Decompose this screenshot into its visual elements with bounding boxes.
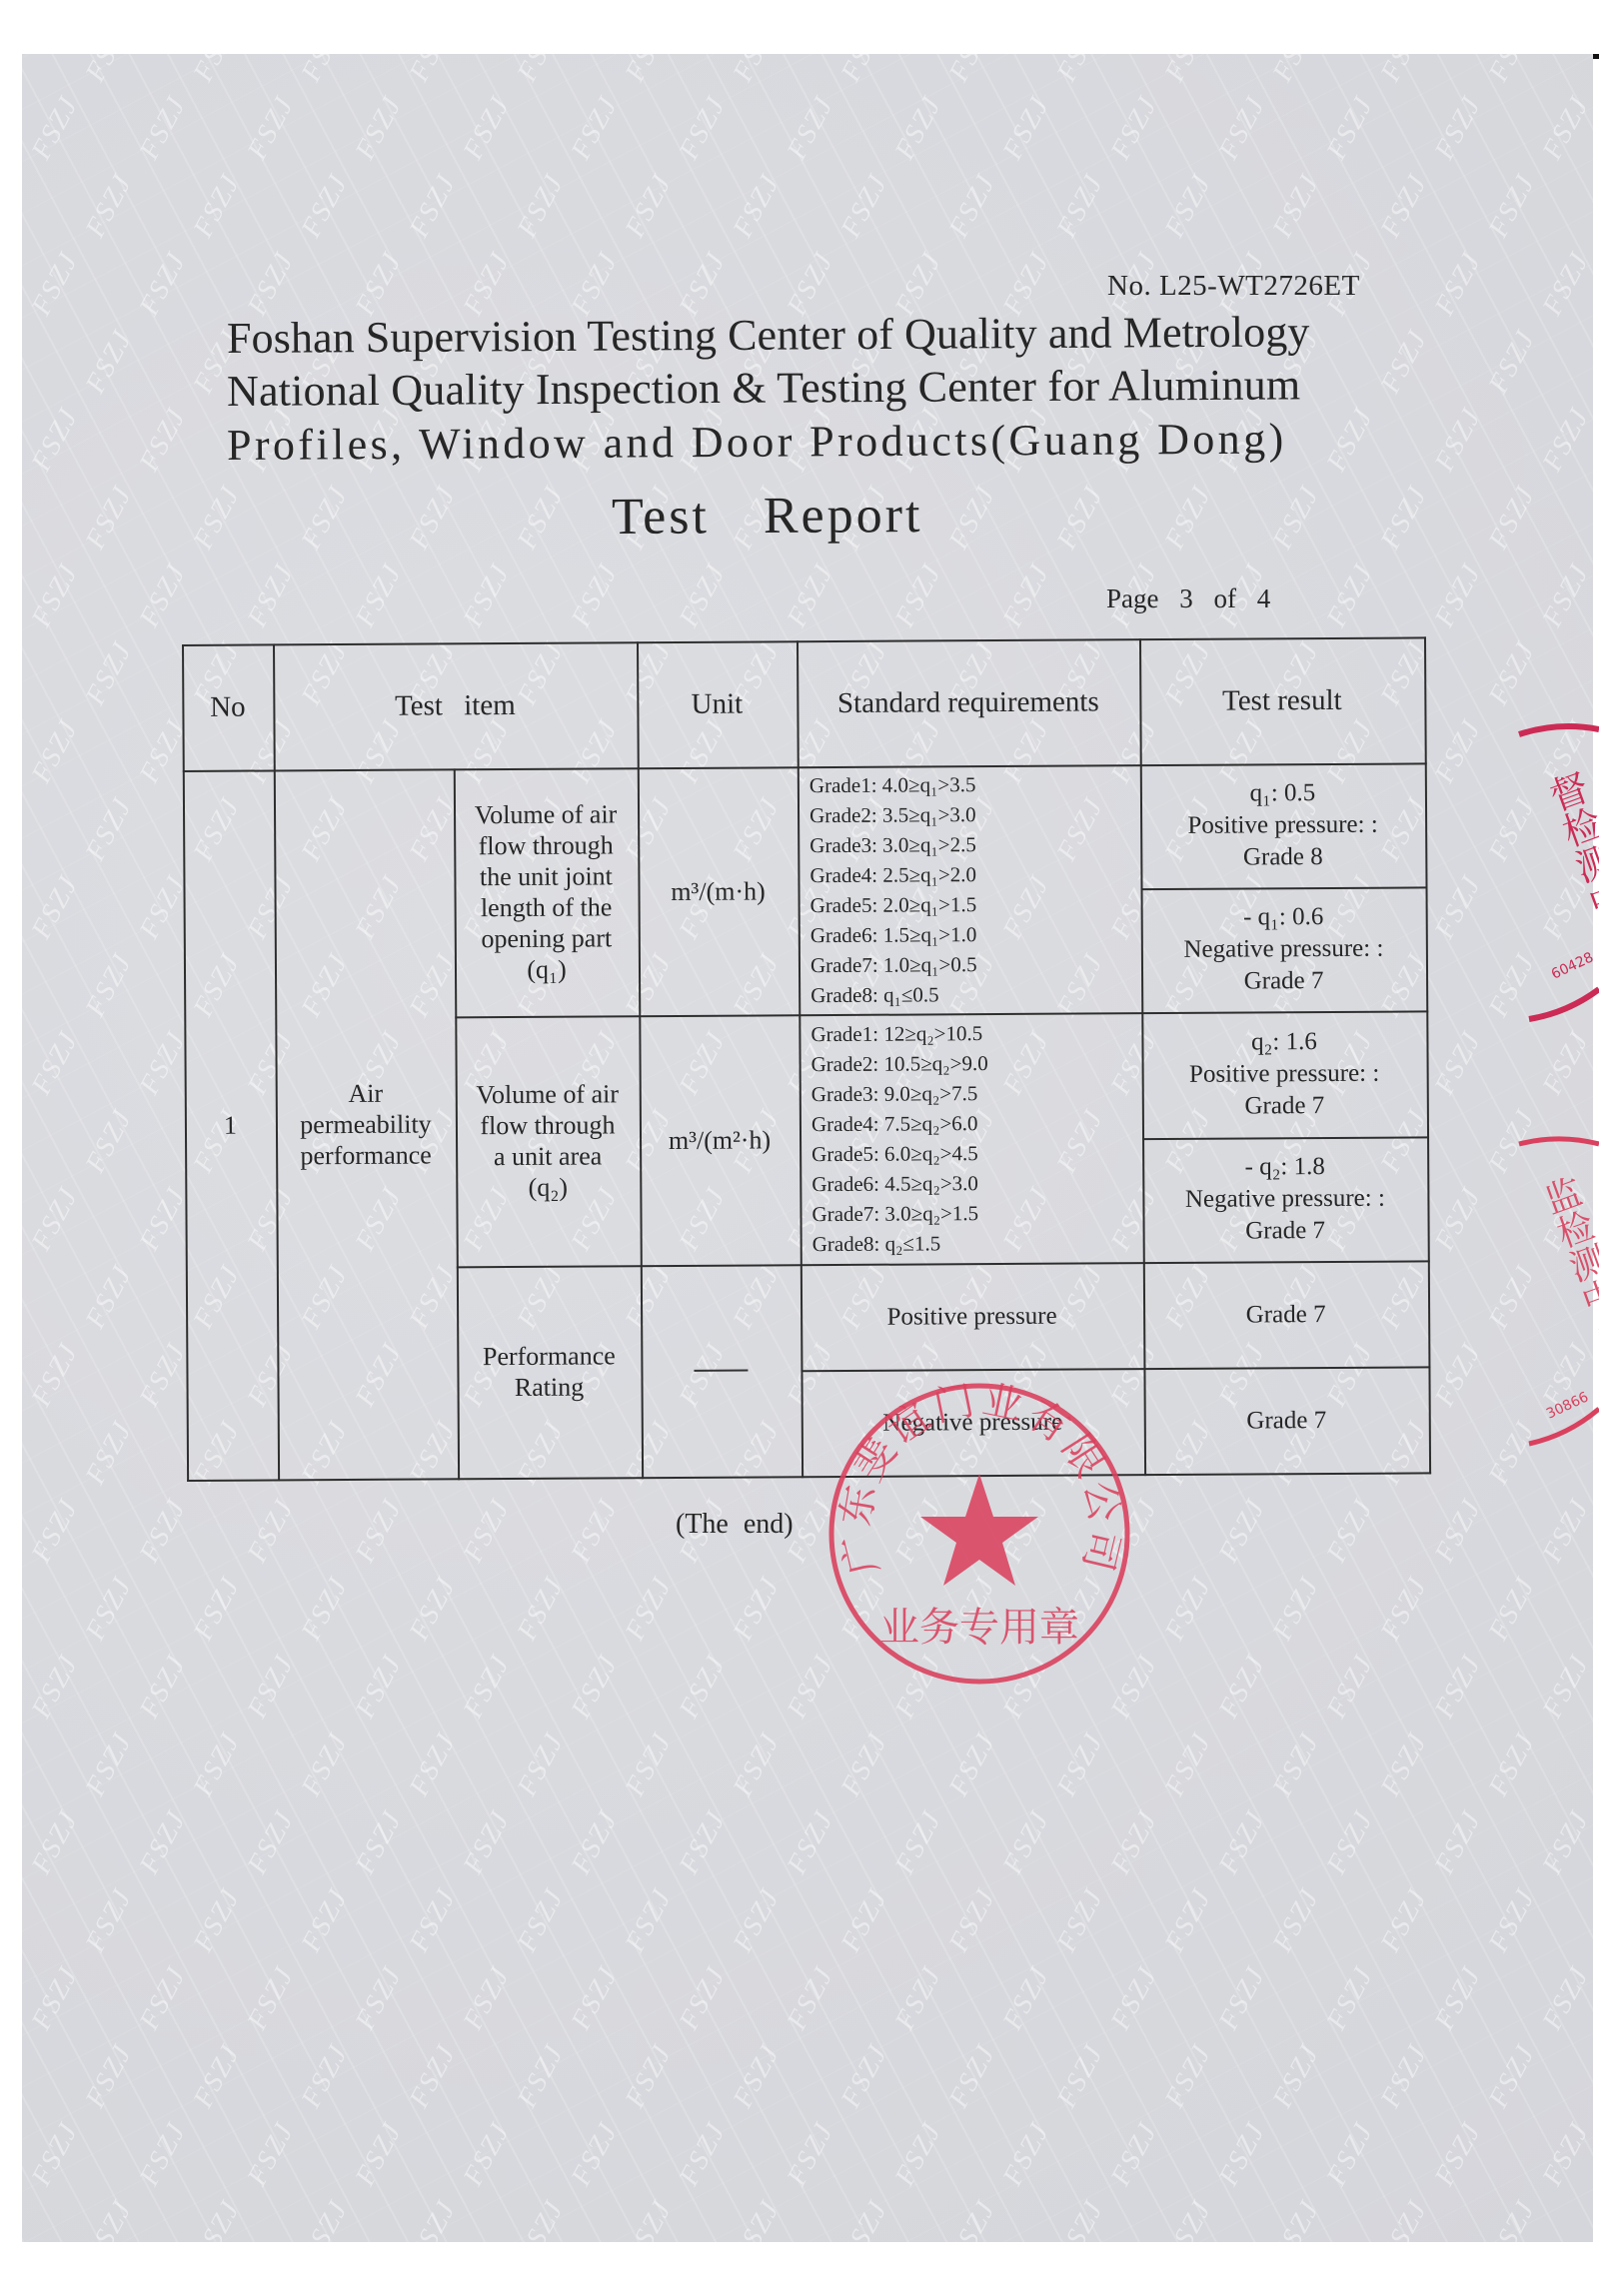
symbol-q1: (q₁) xyxy=(527,954,567,985)
watermark-text: FSZJ xyxy=(1159,481,1219,555)
watermark-text: FSZJ xyxy=(80,1416,140,1490)
watermark-text: FSZJ xyxy=(782,1650,841,1723)
watermark-text: FSZJ xyxy=(26,1338,86,1412)
watermark-text: FSZJ xyxy=(1375,169,1435,243)
watermark-text: FSZJ xyxy=(943,2039,1003,2113)
watermark-text: FSZJ xyxy=(835,1883,895,1957)
watermark-text: FSZJ xyxy=(1591,1572,1593,1646)
watermark-text: FSZJ xyxy=(1591,325,1593,399)
watermark-text: FSZJ xyxy=(1051,481,1111,555)
header-unit: Unit xyxy=(637,640,798,767)
watermark-text: FSZJ xyxy=(1375,1883,1435,1957)
watermark-text: FSZJ xyxy=(1483,1104,1543,1178)
sub-item-q2: Volume of air flow through a unit area (… xyxy=(455,1015,641,1266)
watermark-text: FSZJ xyxy=(728,1727,788,1801)
watermark-text: FSZJ xyxy=(620,2039,680,2113)
watermark-text: FSZJ xyxy=(1429,1182,1489,1256)
watermark-text: FSZJ xyxy=(1591,1104,1593,1178)
watermark-text: FSZJ xyxy=(350,2117,410,2191)
watermark-text: FSZJ xyxy=(296,1727,356,1801)
watermark-text: FSZJ xyxy=(620,169,680,243)
watermark-text: FSZJ xyxy=(566,1961,626,2035)
watermark-text: FSZJ xyxy=(1429,1805,1489,1879)
grade-requirements-q1: Grade1: 4.0≥q₁>3.5Grade2: 3.5≥q₁>3.0Grad… xyxy=(798,764,1142,1014)
watermark-text: FSZJ xyxy=(943,169,1003,243)
watermark-text: FSZJ xyxy=(943,1572,1003,1646)
watermark-text: FSZJ xyxy=(26,91,86,165)
grade-requirements-q2: Grade1: 12≥q₂>10.5Grade2: 10.5≥q₂>9.0Gra… xyxy=(799,1012,1143,1264)
watermark-text: FSZJ xyxy=(728,54,788,87)
watermark-text: FSZJ xyxy=(943,1727,1003,1801)
watermark-text: FSZJ xyxy=(1537,1182,1593,1256)
watermark-text: FSZJ xyxy=(997,1494,1057,1568)
watermark-text: FSZJ xyxy=(242,1650,302,1723)
watermark-text: FSZJ xyxy=(1213,1650,1273,1723)
watermark-text: FSZJ xyxy=(134,1961,194,2035)
watermark-text: FSZJ xyxy=(1159,1727,1219,1801)
watermark-text: FSZJ xyxy=(1105,1494,1165,1568)
watermark-text: FSZJ xyxy=(80,2195,140,2242)
watermark-text: FSZJ xyxy=(80,169,140,243)
watermark-text: FSZJ xyxy=(1321,559,1381,632)
grade-value: Grade 8 xyxy=(1243,841,1323,873)
watermark-text: FSZJ xyxy=(80,1572,140,1646)
grade-requirement-line: Grade7: 1.0≥q₁>0.5 xyxy=(811,949,977,980)
watermark-text: FSZJ xyxy=(1267,1572,1327,1646)
watermark-text: FSZJ xyxy=(134,559,194,632)
watermark-text: FSZJ xyxy=(835,1572,895,1646)
watermark-text: FSZJ xyxy=(943,1883,1003,1957)
watermark-text: FSZJ xyxy=(1537,714,1593,788)
watermark-text: FSZJ xyxy=(889,559,949,632)
dash-placeholder xyxy=(694,1370,748,1372)
watermark-text: FSZJ xyxy=(1591,481,1593,555)
watermark-text: FSZJ xyxy=(1591,169,1593,243)
grade-requirement-line: Grade4: 7.5≥q₂>6.0 xyxy=(812,1108,978,1139)
watermark-text: FSZJ xyxy=(512,2039,572,2113)
watermark-text: FSZJ xyxy=(80,792,140,866)
watermark-text: FSZJ xyxy=(889,1650,949,1723)
watermark-text: FSZJ xyxy=(1429,559,1489,632)
watermark-text: FSZJ xyxy=(1591,2039,1593,2113)
report-title: Test Report xyxy=(612,486,923,547)
watermark-text: FSZJ xyxy=(1213,1494,1273,1568)
watermark-text: FSZJ xyxy=(512,1883,572,1957)
watermark-text: FSZJ xyxy=(80,636,140,710)
watermark-text: FSZJ xyxy=(782,2117,841,2191)
watermark-text: FSZJ xyxy=(512,2195,572,2242)
watermark-text: FSZJ xyxy=(1105,1805,1165,1879)
watermark-text: FSZJ xyxy=(26,1182,86,1256)
watermark-text: FSZJ xyxy=(728,1883,788,1957)
watermark-text: FSZJ xyxy=(1429,1026,1489,1100)
watermark-text: FSZJ xyxy=(188,2039,248,2113)
watermark-text: FSZJ xyxy=(404,1727,464,1801)
watermark-text: FSZJ xyxy=(26,870,86,944)
header-line-1: Foshan Supervision Testing Center of Qua… xyxy=(227,306,1376,364)
watermark-text: FSZJ xyxy=(296,481,356,555)
watermark-text: FSZJ xyxy=(1483,1727,1543,1801)
watermark-text: FSZJ xyxy=(458,247,518,321)
watermark-text: FSZJ xyxy=(889,1805,949,1879)
watermark-text: FSZJ xyxy=(1591,948,1593,1022)
watermark-text: FSZJ xyxy=(26,1494,86,1568)
watermark-text: FSZJ xyxy=(674,559,734,632)
watermark-text: FSZJ xyxy=(1537,247,1593,321)
watermark-text: FSZJ xyxy=(620,1883,680,1957)
watermark-text: FSZJ xyxy=(1051,1727,1111,1801)
watermark-text: FSZJ xyxy=(1159,2039,1219,2113)
watermark-text: FSZJ xyxy=(350,1805,410,1879)
watermark-text: FSZJ xyxy=(997,1961,1057,2035)
watermark-text: FSZJ xyxy=(458,559,518,632)
watermark-text: FSZJ xyxy=(1537,559,1593,632)
watermark-text: FSZJ xyxy=(1375,325,1435,399)
watermark-text: FSZJ xyxy=(1159,2195,1219,2242)
watermark-text: FSZJ xyxy=(1429,403,1489,477)
rating-grade-positive: Grade 7 xyxy=(1143,1260,1429,1368)
sub-item-performance-rating: Performance Rating xyxy=(457,1265,642,1478)
watermark-text: FSZJ xyxy=(1591,1260,1593,1334)
watermark-text: FSZJ xyxy=(1213,1961,1273,2035)
watermark-text: FSZJ xyxy=(296,169,356,243)
watermark-text: FSZJ xyxy=(1591,2195,1593,2242)
watermark-text: FSZJ xyxy=(242,1494,302,1568)
watermark-text: FSZJ xyxy=(1375,2039,1435,2113)
grade-requirement-line: Grade6: 1.5≥q₁>1.0 xyxy=(811,919,977,950)
watermark-text: FSZJ xyxy=(1429,714,1489,788)
watermark-text: FSZJ xyxy=(134,91,194,165)
watermark-text: FSZJ xyxy=(1267,2039,1327,2113)
watermark-text: FSZJ xyxy=(674,91,734,165)
grade-requirement-line: Grade3: 3.0≥q₁>2.5 xyxy=(810,829,976,860)
watermark-text: FSZJ xyxy=(458,1805,518,1879)
watermark-text: FSZJ xyxy=(835,2039,895,2113)
watermark-text: FSZJ xyxy=(1429,1961,1489,2035)
grade-requirement-line: Grade5: 6.0≥q₂>4.5 xyxy=(812,1138,978,1169)
watermark-text: FSZJ xyxy=(1483,948,1543,1022)
watermark-text: FSZJ xyxy=(1321,91,1381,165)
watermark-text: FSZJ xyxy=(404,54,464,87)
watermark-text: FSZJ xyxy=(1321,1650,1381,1723)
grade-requirement-line: Grade5: 2.0≥q₁>1.5 xyxy=(811,889,977,920)
result-q1-positive: q₁: 0.5 Positive pressure: : Grade 8 xyxy=(1140,762,1426,888)
rating-grade-negative: Grade 7 xyxy=(1143,1366,1429,1474)
watermark-text: FSZJ xyxy=(134,1805,194,1879)
watermark-text: FSZJ xyxy=(1267,1727,1327,1801)
watermark-text: FSZJ xyxy=(26,1961,86,2035)
watermark-text: FSZJ xyxy=(620,1727,680,1801)
watermark-text: FSZJ xyxy=(1321,1494,1381,1568)
watermark-text: FSZJ xyxy=(674,1961,734,2035)
watermark-text: FSZJ xyxy=(1267,169,1327,243)
watermark-text: FSZJ xyxy=(1483,636,1543,710)
watermark-text: FSZJ xyxy=(134,1338,194,1412)
watermark-text: FSZJ xyxy=(26,247,86,321)
watermark-text: FSZJ xyxy=(728,1572,788,1646)
watermark-text: FSZJ xyxy=(674,1650,734,1723)
watermark-text: FSZJ xyxy=(188,54,248,87)
watermark-text: FSZJ xyxy=(1429,91,1489,165)
rating-condition-negative: Negative pressure xyxy=(801,1368,1144,1476)
watermark-text: FSZJ xyxy=(1591,636,1593,710)
watermark-text: FSZJ xyxy=(566,1494,626,1568)
header-no: No xyxy=(182,643,274,770)
watermark-text: FSZJ xyxy=(1537,870,1593,944)
watermark-text: FSZJ xyxy=(1591,792,1593,866)
watermark-text: FSZJ xyxy=(134,2117,194,2191)
watermark-text: FSZJ xyxy=(512,54,572,87)
report-number: No. L25-WT2726ET xyxy=(1107,270,1360,303)
watermark-text: FSZJ xyxy=(1537,1650,1593,1723)
watermark-text: FSZJ xyxy=(1429,1494,1489,1568)
watermark-text: FSZJ xyxy=(1537,1338,1593,1412)
grade-value: Grade 7 xyxy=(1244,1090,1324,1122)
watermark-text: FSZJ xyxy=(1537,91,1593,165)
grade-requirement-line: Grade4: 2.5≥q₁>2.0 xyxy=(810,859,976,890)
grade-value: Grade 7 xyxy=(1244,965,1324,997)
watermark-text: FSZJ xyxy=(566,559,626,632)
watermark-text: FSZJ xyxy=(1483,792,1543,866)
grade-requirement-line: Grade8: q₂≤1.5 xyxy=(812,1228,941,1259)
watermark-text: FSZJ xyxy=(997,91,1057,165)
header-test-item: Test item xyxy=(273,641,638,769)
watermark-text: FSZJ xyxy=(1429,1338,1489,1412)
watermark-text: FSZJ xyxy=(566,91,626,165)
watermark-text: FSZJ xyxy=(1159,1883,1219,1957)
watermark-text: FSZJ xyxy=(26,714,86,788)
watermark-text: FSZJ xyxy=(1591,1416,1593,1490)
watermark-text: FSZJ xyxy=(80,2039,140,2113)
watermark-text: FSZJ xyxy=(458,1961,518,2035)
watermark-text: FSZJ xyxy=(80,948,140,1022)
watermark-text: FSZJ xyxy=(1483,169,1543,243)
watermark-text: FSZJ xyxy=(1375,2195,1435,2242)
test-item-name: Air permeability performance xyxy=(284,768,448,1479)
row-number: 1 xyxy=(183,769,278,1480)
watermark-text: FSZJ xyxy=(26,1805,86,1879)
watermark-text: FSZJ xyxy=(1051,1572,1111,1646)
watermark-text: FSZJ xyxy=(566,1805,626,1879)
watermark-text: FSZJ xyxy=(889,1494,949,1568)
watermark-text: FSZJ xyxy=(404,2195,464,2242)
watermark-text: FSZJ xyxy=(728,2039,788,2113)
watermark-text: FSZJ xyxy=(22,54,32,87)
header-line-3: Profiles, Window and Door Products(Guang… xyxy=(227,413,1376,471)
watermark-text: FSZJ xyxy=(296,2039,356,2113)
watermark-text: FSZJ xyxy=(1537,2117,1593,2191)
watermark-text: FSZJ xyxy=(80,1883,140,1957)
watermark-text: FSZJ xyxy=(889,2117,949,2191)
grade-requirement-line: Grade2: 3.5≥q₁>3.0 xyxy=(810,799,976,830)
watermark-text: FSZJ xyxy=(1105,1961,1165,2035)
watermark-text: FSZJ xyxy=(1483,2195,1543,2242)
watermark-text: FSZJ xyxy=(1159,169,1219,243)
watermark-text: FSZJ xyxy=(782,559,841,632)
watermark-text: FSZJ xyxy=(1483,1416,1543,1490)
watermark-text: FSZJ xyxy=(80,1727,140,1801)
watermark-text: FSZJ xyxy=(1537,403,1593,477)
result-q2-negative: - q₂: 1.8 Negative pressure: : Grade 7 xyxy=(1142,1136,1428,1262)
symbol-q2: (q₂) xyxy=(529,1172,569,1203)
watermark-text: FSZJ xyxy=(1483,1883,1543,1957)
unit-q1: m³/(m·h) xyxy=(638,766,800,1015)
grade-requirement-line: Grade6: 4.5≥q₂>3.0 xyxy=(812,1168,978,1199)
watermark-text: FSZJ xyxy=(296,54,356,87)
watermark-text: FSZJ xyxy=(1321,2117,1381,2191)
grade-requirement-line: Grade1: 4.0≥q₁>3.5 xyxy=(810,769,976,800)
watermark-text: FSZJ xyxy=(350,1494,410,1568)
watermark-text: FSZJ xyxy=(728,2195,788,2242)
watermark-text: FSZJ xyxy=(404,2039,464,2113)
rating-condition-positive: Positive pressure xyxy=(801,1262,1144,1370)
watermark-text: FSZJ xyxy=(1321,1961,1381,2035)
watermark-text: FSZJ xyxy=(80,54,140,87)
watermark-text: FSZJ xyxy=(1537,1961,1593,2035)
watermark-text: FSZJ xyxy=(26,559,86,632)
watermark-text: FSZJ xyxy=(458,91,518,165)
watermark-text: FSZJ xyxy=(1051,2039,1111,2113)
watermark-text: FSZJ xyxy=(835,169,895,243)
watermark-text: FSZJ xyxy=(1105,2117,1165,2191)
watermark-text: FSZJ xyxy=(404,1883,464,1957)
watermark-text: FSZJ xyxy=(512,481,572,555)
result-q2-positive: q₂: 1.6 Positive pressure: : Grade 7 xyxy=(1141,1010,1427,1138)
watermark-text: FSZJ xyxy=(242,559,302,632)
watermark-text: FSZJ xyxy=(404,169,464,243)
grade-value: Grade 7 xyxy=(1245,1215,1325,1247)
watermark-text: FSZJ xyxy=(1213,91,1273,165)
header-standard-requirements: Standard requirements xyxy=(797,638,1140,766)
watermark-text: FSZJ xyxy=(997,1805,1057,1879)
watermark-text: FSZJ xyxy=(1429,2117,1489,2191)
watermark-text: FSZJ xyxy=(1267,481,1327,555)
grade-requirement-line: Grade7: 3.0≥q₂>1.5 xyxy=(812,1198,978,1229)
watermark-text: FSZJ xyxy=(943,481,1003,555)
watermark-text: FSZJ xyxy=(889,1961,949,2035)
watermark-text: FSZJ xyxy=(1591,1883,1593,1957)
watermark-text: FSZJ xyxy=(26,403,86,477)
watermark-text: FSZJ xyxy=(1213,1805,1273,1879)
watermark-text: FSZJ xyxy=(1483,1260,1543,1334)
watermark-text: FSZJ xyxy=(512,1727,572,1801)
watermark-text: FSZJ xyxy=(26,2117,86,2191)
watermark-text: FSZJ xyxy=(674,1805,734,1879)
watermark-text: FSZJ xyxy=(1483,2039,1543,2113)
watermark-text: FSZJ xyxy=(1429,1650,1489,1723)
watermark-text: FSZJ xyxy=(1321,1805,1381,1879)
watermark-text: FSZJ xyxy=(1105,1650,1165,1723)
grade-requirement-line: Grade1: 12≥q₂>10.5 xyxy=(811,1018,982,1049)
watermark-text: FSZJ xyxy=(1267,2195,1327,2242)
watermark-text: FSZJ xyxy=(1213,2117,1273,2191)
watermark-text: FSZJ xyxy=(943,2195,1003,2242)
watermark-text: FSZJ xyxy=(1051,54,1111,87)
unit-q2: m³/(m²·h) xyxy=(639,1014,801,1265)
header-test-result: Test result xyxy=(1139,636,1425,764)
watermark-text: FSZJ xyxy=(80,325,140,399)
watermark-text: FSZJ xyxy=(1159,1572,1219,1646)
scan-edge-mark xyxy=(1593,54,1599,59)
watermark-text: FSZJ xyxy=(296,2195,356,2242)
watermark-text: FSZJ xyxy=(782,1805,841,1879)
watermark-text: FSZJ xyxy=(242,1805,302,1879)
watermark-text: FSZJ xyxy=(1051,2195,1111,2242)
watermark-text: FSZJ xyxy=(242,1961,302,2035)
header-line-2: National Quality Inspection & Testing Ce… xyxy=(227,359,1376,417)
watermark-text: FSZJ xyxy=(889,91,949,165)
watermark-text: FSZJ xyxy=(188,481,248,555)
watermark-text: FSZJ xyxy=(188,2195,248,2242)
watermark-text: FSZJ xyxy=(404,1572,464,1646)
watermark-text: FSZJ xyxy=(835,1727,895,1801)
watermark-text: FSZJ xyxy=(835,2195,895,2242)
watermark-text: FSZJ xyxy=(1375,1572,1435,1646)
watermark-text: FSZJ xyxy=(458,1650,518,1723)
watermark-text: FSZJ xyxy=(1429,870,1489,944)
grade-requirement-line: Grade2: 10.5≥q₂>9.0 xyxy=(811,1048,987,1079)
watermark-text: FSZJ xyxy=(1051,1883,1111,1957)
watermark-text: FSZJ xyxy=(1537,1494,1593,1568)
page-indicator: Page 3 of 4 xyxy=(1106,583,1270,614)
watermark-text: FSZJ xyxy=(458,1494,518,1568)
watermark-text: FSZJ xyxy=(80,481,140,555)
watermark-text: FSZJ xyxy=(1375,1727,1435,1801)
watermark-text: FSZJ xyxy=(1159,54,1219,87)
watermark-text: FSZJ xyxy=(1483,1572,1543,1646)
watermark-text: FSZJ xyxy=(782,91,841,165)
watermark-text: FSZJ xyxy=(620,54,680,87)
watermark-text: FSZJ xyxy=(1051,169,1111,243)
watermark-text: FSZJ xyxy=(566,2117,626,2191)
watermark-text: FSZJ xyxy=(350,559,410,632)
watermark-text: FSZJ xyxy=(134,1494,194,1568)
watermark-text: FSZJ xyxy=(188,1883,248,1957)
watermark-text: FSZJ xyxy=(1375,481,1435,555)
watermark-text: FSZJ xyxy=(674,2117,734,2191)
watermark-text: FSZJ xyxy=(134,1650,194,1723)
grade-requirement-line: Grade3: 9.0≥q₂>7.5 xyxy=(812,1078,978,1109)
watermark-text: FSZJ xyxy=(134,247,194,321)
watermark-text: FSZJ xyxy=(404,481,464,555)
grade-requirement-line: Grade8: q₁≤0.5 xyxy=(811,979,939,1010)
watermark-text: FSZJ xyxy=(242,247,302,321)
watermark-text: FSZJ xyxy=(566,1650,626,1723)
end-marker: (The end) xyxy=(676,1509,794,1541)
sub-item-q1: Volume of air flow through the unit join… xyxy=(454,767,640,1016)
watermark-text: FSZJ xyxy=(188,1572,248,1646)
watermark-text: FSZJ xyxy=(1105,91,1165,165)
watermark-text: FSZJ xyxy=(80,1260,140,1334)
watermark-text: FSZJ xyxy=(1537,1805,1593,1879)
watermark-text: FSZJ xyxy=(188,1727,248,1801)
watermark-text: FSZJ xyxy=(188,169,248,243)
watermark-text: FSZJ xyxy=(242,2117,302,2191)
watermark-text: FSZJ xyxy=(1537,1026,1593,1100)
watermark-text: FSZJ xyxy=(134,403,194,477)
watermark-text: FSZJ xyxy=(1483,325,1543,399)
unit-performance-rating xyxy=(641,1264,802,1477)
watermark-text: FSZJ xyxy=(943,54,1003,87)
watermark-text: FSZJ xyxy=(997,2117,1057,2191)
watermark-text: FSZJ xyxy=(458,2117,518,2191)
watermark-text: FSZJ xyxy=(242,91,302,165)
watermark-text: FSZJ xyxy=(1267,54,1327,87)
watermark-text: FSZJ xyxy=(1429,247,1489,321)
watermark-text: FSZJ xyxy=(1483,481,1543,555)
watermark-text: FSZJ xyxy=(728,169,788,243)
watermark-text: FSZJ xyxy=(350,91,410,165)
